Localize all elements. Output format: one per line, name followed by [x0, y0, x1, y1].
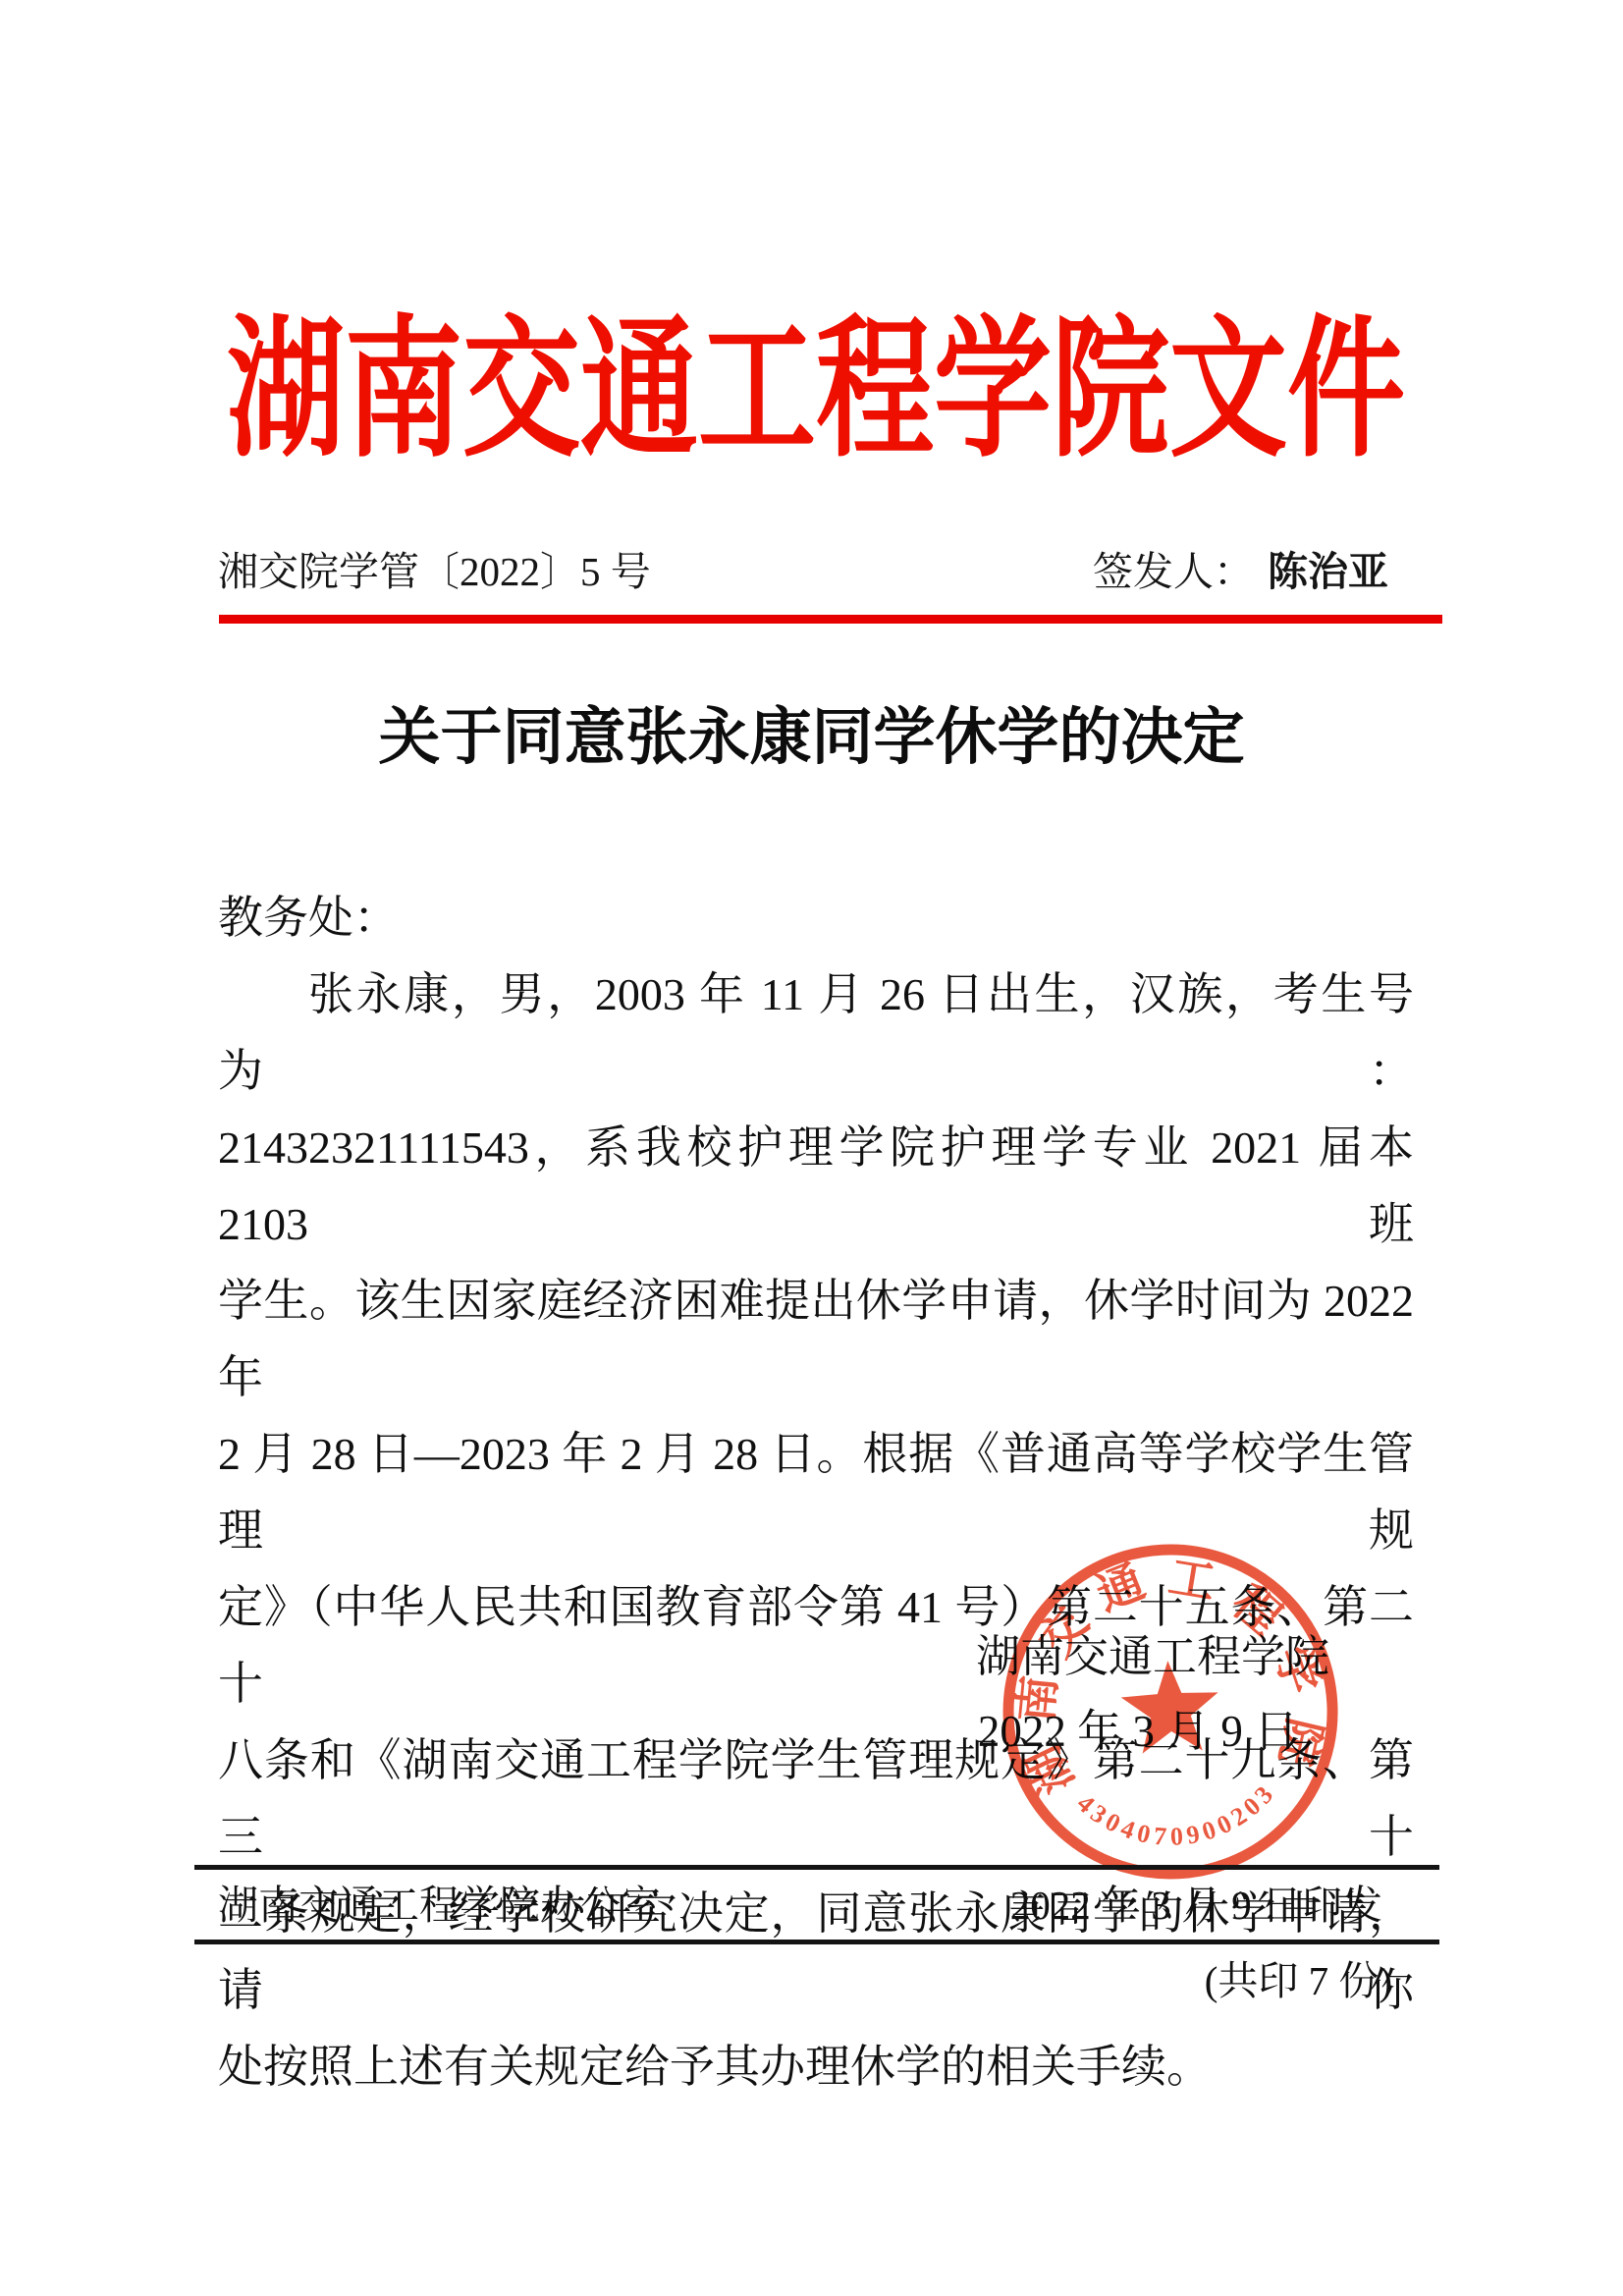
red-separator-line — [219, 615, 1442, 624]
footer-rule-bottom — [194, 1940, 1439, 1944]
letterhead-org-title: 湖南交通工程学院文件 — [227, 315, 1405, 467]
official-seal: 湖南交通工程学院 4304070900203 — [981, 1517, 1359, 1905]
document-page: 湖南交通工程学院文件 湘交院学管〔2022〕5 号 签发人：陈治亚 关于同意张永… — [0, 0, 1623, 2296]
document-number-row: 湘交院学管〔2022〕5 号 签发人：陈治亚 — [218, 546, 1388, 597]
footer-print-date: 2022 年 3 月 9 日印发 — [1010, 1880, 1382, 1931]
footer-row: 湖南交通工程学院办公室 2022 年 3 月 9 日印发 — [218, 1880, 1382, 1931]
footer-office: 湖南交通工程学院办公室 — [218, 1880, 661, 1931]
svg-text:4304070900203: 4304070900203 — [1070, 1779, 1280, 1856]
salutation: 教务处： — [218, 880, 1414, 957]
body-line: 学生。该生因家庭经济困难提出休学申请，休学时间为 2022 年 — [218, 1263, 1414, 1416]
issuer-name: 陈治亚 — [1268, 549, 1388, 594]
document-title: 关于同意张永康同学休学的决定 — [0, 705, 1623, 770]
issuer: 签发人：陈治亚 — [1093, 546, 1388, 597]
document-number: 湘交院学管〔2022〕5 号 — [218, 546, 651, 597]
body-line: 21432321111543，系我校护理学院护理学专业 2021 届本 2103… — [218, 1110, 1414, 1263]
seal-serial-number: 4304070900203 — [1070, 1779, 1280, 1856]
issuer-label: 签发人： — [1093, 549, 1254, 594]
footer-rule-top — [194, 1865, 1439, 1870]
footer-copies: (共印 7 份) — [1205, 1956, 1392, 2005]
seal-star — [1119, 1658, 1221, 1754]
body-line: 处按照上述有关规定给予其办理休学的相关手续。 — [218, 2029, 1414, 2105]
body-line: 张永康，男，2003 年 11 月 26 日出生，汉族，考生号为： — [218, 957, 1414, 1110]
